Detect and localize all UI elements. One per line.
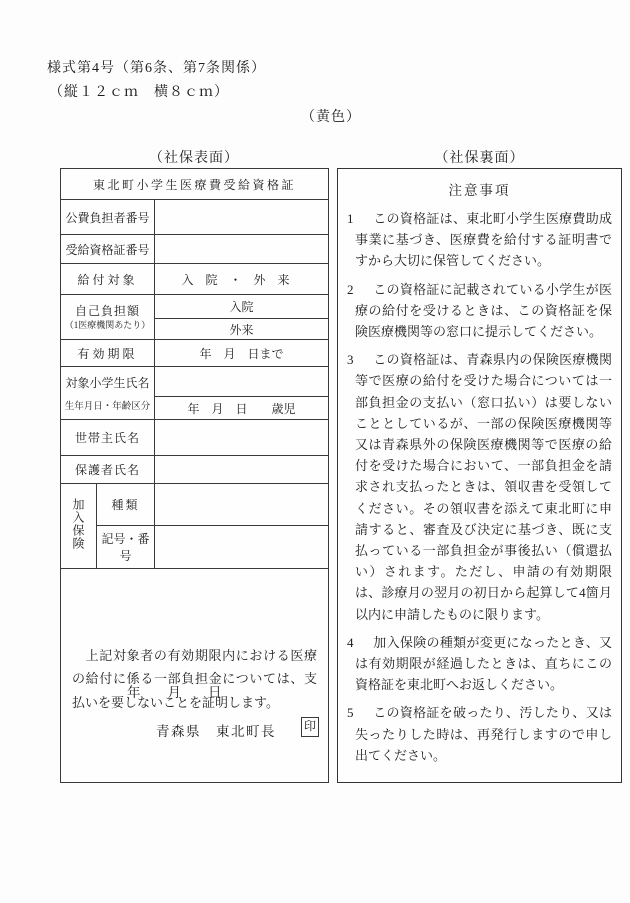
note-item-2-number: 2 xyxy=(347,279,354,300)
copay-sublabel: （1医療機関あたり） xyxy=(63,319,152,331)
front-panel-heading: （社保表面） xyxy=(60,147,328,167)
student-name-label-cell: 対象小学生氏名 生年月日・年齢区分 xyxy=(61,367,155,420)
document-page: 様式第4号（第6条、第7条関係） （縦１２ｃｍ 横８ｃｍ） （黄色） （社保表面… xyxy=(0,0,630,903)
student-name-label: 対象小学生氏名 xyxy=(63,368,152,397)
copay-label: 自己負担額 xyxy=(63,304,152,319)
note-item-2: 2 この資格証に記載されている小学生が医療の給付を受けるときは、この資格証を保険… xyxy=(347,279,612,343)
issue-date-line: 年 月 日 xyxy=(127,681,222,701)
public-payer-number-label: 公費負担者番号 xyxy=(61,200,155,235)
note-item-3: 3 この資格証は、青森県内の保険医療機関等で医療の給付を受けた場合については一部… xyxy=(347,349,612,625)
note-item-5: 5 この資格証を破ったり、汚したり、又は失ったりした時は、再発行しますので申し出… xyxy=(347,702,612,766)
notes-title: 注意事項 xyxy=(338,179,621,199)
certification-footer-cell: 上記対象者の有効期限内における医療の給付に係る一部負担金については、支払いを要し… xyxy=(61,569,329,783)
form-number-line: 様式第4号（第6条、第7条関係） xyxy=(47,57,266,77)
seal-mark: 印 xyxy=(301,717,319,737)
householder-name-label: 世帯主氏名 xyxy=(61,420,155,456)
birthdate-age-value: 年 月 日 歳児 xyxy=(155,397,329,420)
certificate-back-panel: 注意事項 1 この資格証は、東北町小学生医療費助成事業に基づき、医療費を給付する… xyxy=(337,168,622,783)
certificate-number-label: 受給資格証番号 xyxy=(61,235,155,264)
card-title: 東北町小学生医療費受給資格証 xyxy=(61,169,329,200)
enrolled-insurance-label-cell: 加入保険 xyxy=(61,484,97,569)
certification-statement: 上記対象者の有効期限内における医療の給付に係る一部負担金については、支払いを要し… xyxy=(63,637,326,715)
issuer-name: 青森県 東北町長 xyxy=(156,720,276,740)
householder-name-value-cell xyxy=(155,420,329,456)
expiry-value: 年 月 日まで xyxy=(155,340,329,367)
enrolled-insurance-label: 加入保険 xyxy=(70,498,87,550)
benefit-target-label: 給付対象 xyxy=(61,264,155,295)
insurance-type-value-cell xyxy=(155,484,329,526)
insurance-symbol-number-label: 記号・番号 xyxy=(97,526,155,569)
color-note: （黄色） xyxy=(301,106,361,126)
note-item-4-text: 加入保険の種類が変更になったとき、又は有効期限が経過したときは、直ちにこの資格証… xyxy=(355,635,612,692)
guardian-name-value-cell xyxy=(155,456,329,484)
note-item-4: 4 加入保険の種類が変更になったとき、又は有効期限が経過したときは、直ちにこの資… xyxy=(347,632,612,696)
note-item-4-number: 4 xyxy=(347,632,354,653)
certificate-front-table: 東北町小学生医療費受給資格証 公費負担者番号 受給資格証番号 給付対象 入院・外… xyxy=(60,168,329,783)
back-panel-heading: （社保裏面） xyxy=(337,147,622,167)
note-item-1-text: この資格証は、東北町小学生医療費助成事業に基づき、医療費を給付する証明書ですから… xyxy=(355,211,612,268)
copay-label-cell: 自己負担額 （1医療機関あたり） xyxy=(61,295,155,340)
expiry-label: 有効期限 xyxy=(61,340,155,367)
notes-list: 1 この資格証は、東北町小学生医療費助成事業に基づき、医療費を給付する証明書です… xyxy=(338,208,621,766)
certificate-number-value-cell xyxy=(155,235,329,264)
copay-outpatient-label: 外来 xyxy=(155,319,329,340)
benefit-target-value: 入院・外来 xyxy=(155,264,329,295)
birthdate-age-label: 生年月日・年齢区分 xyxy=(63,397,152,419)
note-item-3-number: 3 xyxy=(347,349,354,370)
note-item-2-text: この資格証に記載されている小学生が医療の給付を受けるときは、この資格証を保険医療… xyxy=(355,282,612,339)
note-item-5-text: この資格証を破ったり、汚したり、又は失ったりした時は、再発行しますので申し出てく… xyxy=(355,705,612,762)
public-payer-number-value-cell xyxy=(155,200,329,235)
guardian-name-label: 保護者氏名 xyxy=(61,456,155,484)
note-item-3-text: この資格証は、青森県内の保険医療機関等で医療の給付を受けた場合については一部負担… xyxy=(355,352,612,621)
card-size-line: （縦１２ｃｍ 横８ｃｍ） xyxy=(49,81,229,101)
copay-inpatient-label: 入院 xyxy=(155,295,329,319)
insurance-type-label: 種類 xyxy=(97,484,155,526)
insurance-symbol-number-value-cell xyxy=(155,526,329,569)
note-item-1-number: 1 xyxy=(347,208,354,229)
note-item-5-number: 5 xyxy=(347,702,354,723)
student-name-value-cell xyxy=(155,367,329,397)
note-item-1: 1 この資格証は、東北町小学生医療費助成事業に基づき、医療費を給付する証明書です… xyxy=(347,208,612,272)
